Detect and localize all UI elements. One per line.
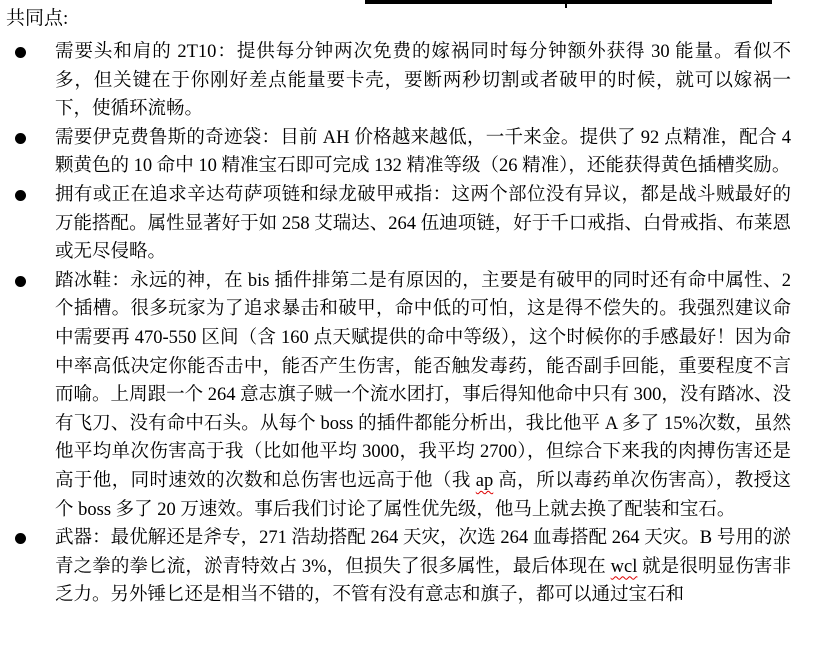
document-page: 共同点: 需要头和肩的 2T10：提供每分钟两次免费的嫁祸同时每分钟额外获得 3… — [0, 0, 825, 670]
bullet-text: 武器：最优解还是斧专，271 浩劫搭配 264 天灾，次选 264 血毒搭配 2… — [55, 528, 791, 605]
bullet-item-4: 踏冰鞋：永远的神，在 bis 插件排第二是有原因的，主要是有破甲的同时还有命中属… — [0, 267, 825, 524]
bullet-item-2: 需要伊克费鲁斯的奇迹袋：目前 AH 价格越来越低，一千来金。提供了 92 点精准… — [0, 124, 825, 181]
bullet-list: 需要头和肩的 2T10：提供每分钟两次免费的嫁祸同时每分钟额外获得 30 能量。… — [0, 38, 825, 610]
bullet-text: 踏冰鞋：永远的神，在 bis 插件排第二是有原因的，主要是有破甲的同时还有命中属… — [55, 271, 791, 520]
bullet-text: 需要伊克费鲁斯的奇迹袋：目前 AH 价格越来越低，一千来金。提供了 92 点精准… — [55, 128, 791, 177]
bullet-marker-icon — [15, 133, 26, 144]
cropped-table-bottom-border — [365, 0, 772, 4]
spellcheck-flagged-word: wcl — [611, 557, 638, 577]
bullet-text: 拥有或正在追求辛达苟萨项链和绿龙破甲戒指：这两个部位没有异议，都是战斗贼最好的万… — [55, 185, 791, 262]
bullet-marker-icon — [15, 190, 26, 201]
bullet-marker-icon — [15, 47, 26, 58]
text-segment: 拥有或正在追求辛达苟萨项链和绿龙破甲戒指：这两个部位没有异议，都是战斗贼最好的万… — [55, 185, 791, 262]
bullet-text: 需要头和肩的 2T10：提供每分钟两次免费的嫁祸同时每分钟额外获得 30 能量。… — [55, 42, 791, 119]
bullet-item-1: 需要头和肩的 2T10：提供每分钟两次免费的嫁祸同时每分钟额外获得 30 能量。… — [0, 38, 825, 124]
table-column-divider-tick — [565, 4, 567, 8]
spellcheck-flagged-word: ap — [476, 471, 493, 491]
section-heading: 共同点: — [6, 6, 68, 32]
bullet-item-3: 拥有或正在追求辛达苟萨项链和绿龙破甲戒指：这两个部位没有异议，都是战斗贼最好的万… — [0, 181, 825, 267]
text-segment: 踏冰鞋：永远的神，在 bis 插件排第二是有原因的，主要是有破甲的同时还有命中属… — [55, 271, 791, 491]
bullet-marker-icon — [15, 533, 26, 544]
text-segment: 需要伊克费鲁斯的奇迹袋：目前 AH 价格越来越低，一千来金。提供了 92 点精准… — [55, 128, 791, 177]
bullet-marker-icon — [15, 276, 26, 287]
text-segment: 需要头和肩的 2T10：提供每分钟两次免费的嫁祸同时每分钟额外获得 30 能量。… — [55, 42, 791, 119]
bullet-item-5: 武器：最优解还是斧专，271 浩劫搭配 264 天灾，次选 264 血毒搭配 2… — [0, 524, 825, 610]
